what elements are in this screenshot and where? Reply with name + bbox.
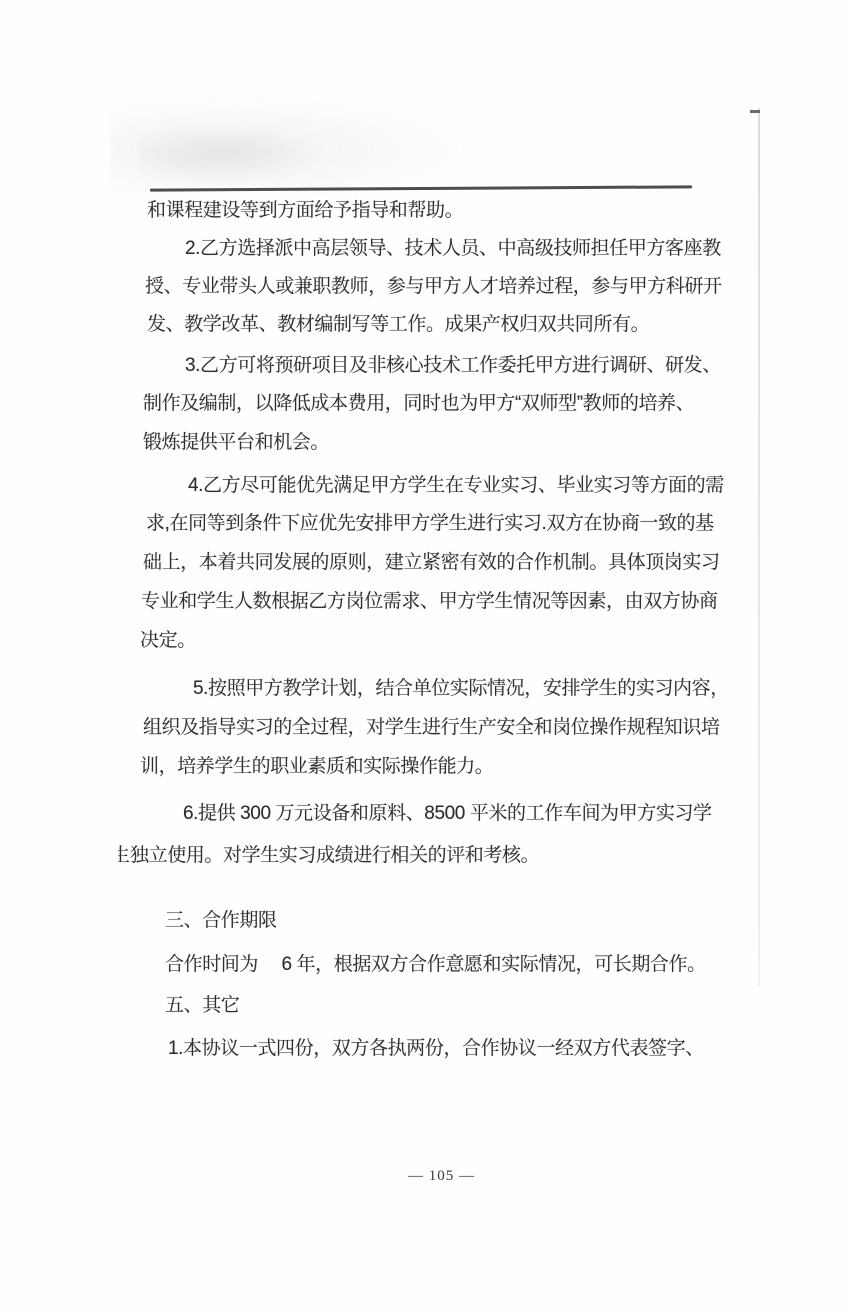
scan-tick-mark — [750, 110, 760, 113]
scan-smudge — [140, 125, 320, 185]
text-line-clause5-mid: 组织及指导实习的全过程，对学生进行生产安全和岗位操作规程知识培 — [143, 716, 720, 740]
text-line-clause3-mid: 制作及编制，以降低成本费用，同时也为甲方“双师型”教师的培养、 — [143, 392, 694, 416]
heading-section-three-cooperation-term: 三、合作期限 — [165, 909, 277, 933]
clipped-character: 生 — [118, 844, 130, 868]
text-line-clause4-line4: 专业和学生人数根据乙方岗位需求、甲方学生情况等因素，由双方协商 — [141, 590, 718, 614]
scan-crease-line — [758, 108, 760, 986]
text-line-guidance: 和课程建设等到方面给予指导和帮助。 — [147, 199, 463, 223]
text-line-clause4-end: 决定。 — [140, 629, 196, 653]
text-line-clause4-line2: 求,在同等到条件下应优先安排甲方学生进行实习.双方在协商一致的基 — [146, 512, 714, 536]
page-number: — 105 — — [408, 1168, 475, 1185]
text-line-clause3-start: 3.乙方可将预研项目及非核心技术工作委托甲方进行调研、研发、 — [185, 354, 721, 378]
heading-section-five-others: 五、其它 — [165, 994, 239, 1018]
text-line-clause5-end: 训，培养学生的职业素质和实际操作能力。 — [140, 755, 493, 779]
clause6-end-text: 独立使用。对学生实习成绩进行相关的评和考核。 — [130, 845, 539, 866]
text-line-clause5-start: 5.按照甲方教学计划，结合单位实际情况，安排学生的实习内容， — [193, 677, 729, 701]
scanned-document-page: 和课程建设等到方面给予指导和帮助。 2.乙方选择派中高层领导、技术人员、中高级技… — [0, 0, 848, 1312]
text-line-cooperation-duration: 合作时间为 6 年，根据双方合作意愿和实际情况，可长期合作。 — [165, 953, 706, 977]
text-line-clause6-start: 6.提供 300 万元设备和原料、8500 平米的工作车间为甲方实习学 — [183, 802, 712, 826]
text-line-clause6-end: 生独立使用。对学生实习成绩进行相关的评和考核。 — [118, 844, 539, 868]
separator-line — [150, 185, 692, 191]
text-line-clause2-end: 发、教学改革、教材编制写等工作。成果产权归双共同所有。 — [147, 313, 649, 337]
text-line-clause2-mid: 授、专业带头人或兼职教师，参与甲方人才培养过程，参与甲方科研开 — [145, 275, 722, 299]
scan-smudge — [110, 95, 470, 195]
text-line-clause4-line3: 础上，本着共同发展的原则，建立紧密有效的合作机制。具体顶岗实习 — [143, 551, 720, 575]
text-line-clause4-start: 4.乙方尽可能优先满足甲方学生在专业实习、毕业实习等方面的需 — [188, 474, 724, 498]
text-line-clause2-start: 2.乙方选择派中高层领导、技术人员、中高级技师担任甲方客座教 — [185, 237, 721, 261]
text-line-clause3-end: 锻炼提供平台和机会。 — [143, 431, 329, 455]
text-line-clause-copies: 1.本协议一式四份，双方各执两份，合作协议一经双方代表签字、 — [168, 1037, 704, 1061]
